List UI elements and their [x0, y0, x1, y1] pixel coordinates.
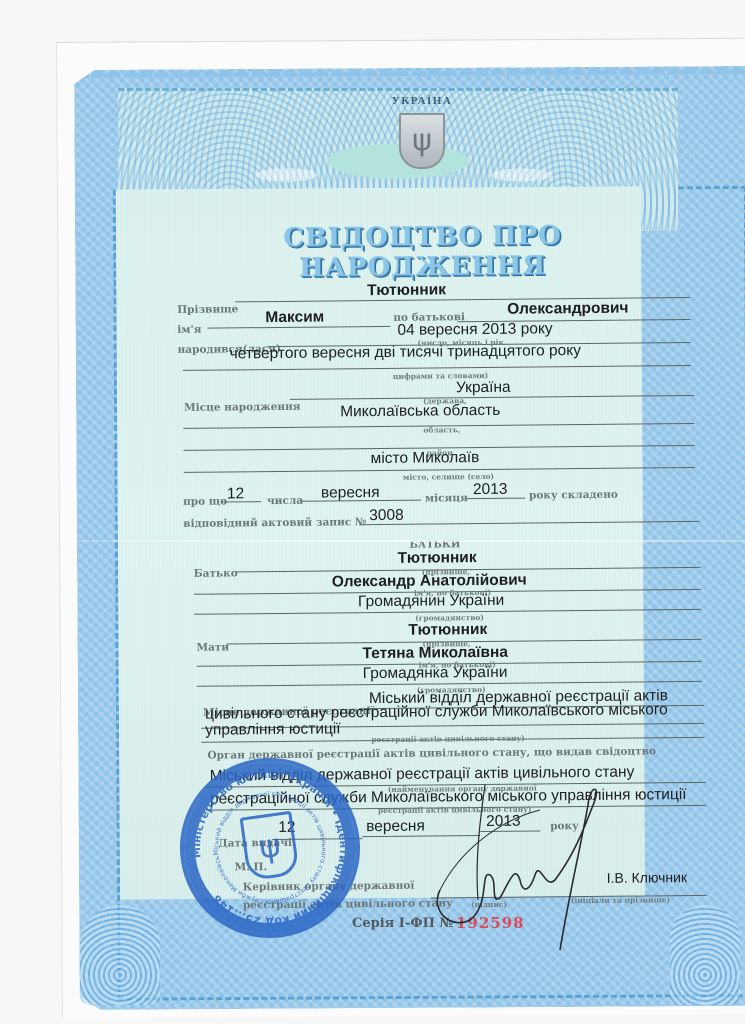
child-patronymic: Олександрович — [507, 300, 628, 319]
issue-month: вересня — [366, 818, 425, 837]
signature-icon — [420, 780, 640, 950]
record-year: 2013 — [473, 481, 508, 499]
year-label: року складено — [529, 489, 618, 502]
official-seal: Міністерство юстиції України • Ідентифік… — [168, 746, 371, 949]
birth-country: Україна — [456, 379, 511, 398]
rule — [467, 498, 525, 500]
surname-label: Прізвище — [177, 303, 238, 316]
day-label: числа — [267, 495, 303, 507]
rule — [207, 326, 390, 329]
paper-fold — [70, 540, 745, 542]
birth-date: 04 вересня 2013 року — [397, 320, 552, 339]
region-caption: область, — [423, 425, 460, 434]
birth-date-words: четвертого вересня дві тисячі тринадцято… — [230, 342, 581, 363]
rule — [221, 501, 261, 502]
birthplace-label: Місце народження — [184, 401, 300, 414]
registration-place-caption: реєстрації актів цивільного стану) — [371, 734, 525, 744]
birth-region: Миколаївська область — [340, 402, 500, 422]
month-label: місяця — [425, 492, 468, 504]
mother-surname: Тютюнник — [408, 621, 487, 640]
rule — [359, 521, 699, 525]
father-label: Батько — [194, 567, 238, 579]
child-name: Максим — [265, 309, 324, 328]
father-citizenship: Громадянин України — [358, 592, 504, 611]
name-label: ім'я — [177, 324, 201, 336]
mother-citizenship: Громадянка України — [363, 664, 508, 683]
registration-place-line3: управління юстиції — [205, 720, 341, 739]
birth-city: місто Миколаїв — [371, 449, 480, 468]
record-number-label: відповідний актовий запис № — [183, 516, 366, 530]
record-number: 3008 — [369, 507, 404, 525]
father-surname: Тютюнник — [398, 549, 477, 568]
mother-label: Мати — [196, 641, 229, 653]
child-surname: Тютюнник — [367, 281, 446, 300]
rule — [183, 365, 691, 371]
